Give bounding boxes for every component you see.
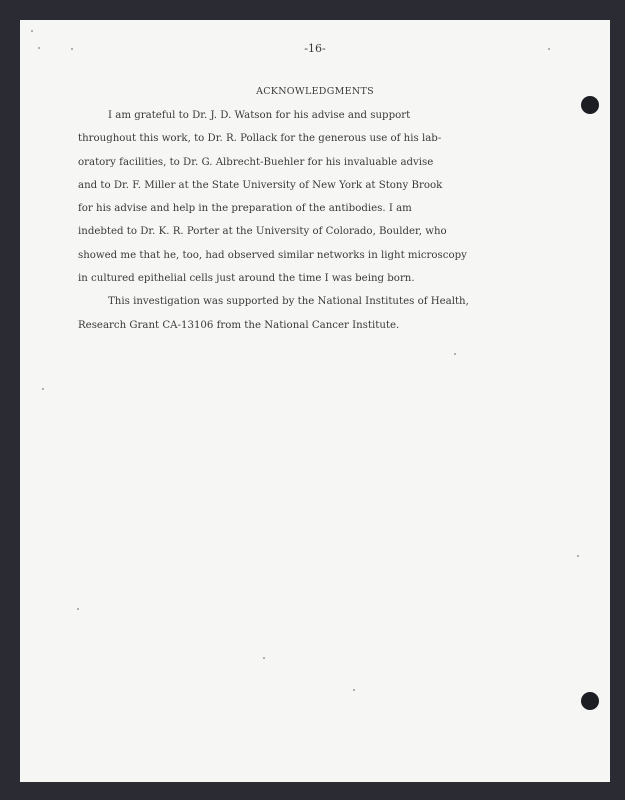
paper-speck (31, 30, 33, 32)
paper-speck (38, 47, 40, 49)
punch-hole-bottom (581, 692, 599, 710)
paper-speck (71, 48, 73, 50)
punch-hole-top (581, 96, 599, 114)
text-line: I am grateful to Dr. J. D. Watson for hi… (78, 104, 548, 127)
paper-speck (263, 657, 265, 659)
text-line: Research Grant CA-13106 from the Nationa… (78, 314, 548, 337)
document-page: -16- ACKNOWLEDGMENTS I am grateful to Dr… (20, 20, 610, 782)
text-line: showed me that he, too, had observed sim… (78, 244, 548, 267)
text-line: This investigation was supported by the … (78, 290, 548, 313)
paper-speck (548, 48, 550, 50)
text-line: and to Dr. F. Miller at the State Univer… (78, 174, 548, 197)
paper-speck (577, 555, 579, 557)
page-number: -16- (20, 42, 610, 55)
paper-speck (454, 353, 456, 355)
text-line: indebted to Dr. K. R. Porter at the Univ… (78, 220, 548, 243)
text-line: in cultured epithelial cells just around… (78, 267, 548, 290)
paper-speck (353, 689, 355, 691)
text-line: for his advise and help in the preparati… (78, 197, 548, 220)
paper-speck (42, 388, 44, 390)
paper-speck (77, 608, 79, 610)
section-heading: ACKNOWLEDGMENTS (20, 86, 610, 97)
text-line: oratory facilities, to Dr. G. Albrecht-B… (78, 151, 548, 174)
acknowledgments-body: I am grateful to Dr. J. D. Watson for hi… (78, 104, 548, 337)
text-line: throughout this work, to Dr. R. Pollack … (78, 127, 548, 150)
